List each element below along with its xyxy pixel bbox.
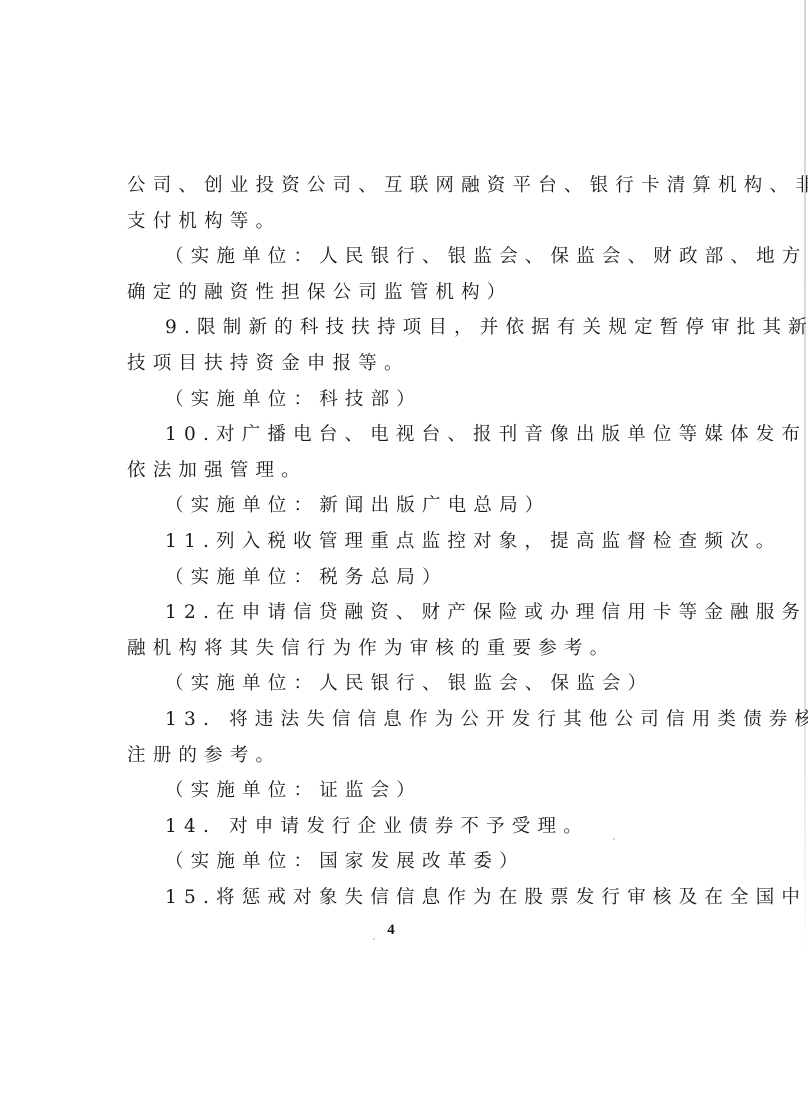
text-line: 技项目扶持资金申报等。 [127,346,647,382]
implementing-unit-line: （实施单位：国家发展改革委） [127,844,647,880]
item-13: 13. 将违法失信信息作为公开发行其他公司信用类债券核准或 [127,702,647,738]
text-line: 依法加强管理。 [127,453,647,489]
item-12: 12.在申请信贷融资、财产保险或办理信用卡等金融服务时，金 [127,595,647,631]
implementing-unit-line: （实施单位：新闻出版广电总局） [127,488,647,524]
page-number: 4 [384,922,398,939]
implementing-unit-line: （实施单位：税务总局） [127,560,647,596]
item-14: 14. 对申请发行企业债券不予受理。 [127,809,647,845]
implementing-unit-line: （实施单位：证监会） [127,773,647,809]
scan-speck [613,838,615,840]
text-line: 支付机构等。 [127,204,647,240]
text-line: 公司、创业投资公司、互联网融资平台、银行卡清算机构、非银行 [127,168,647,204]
item-15: 15.将惩戒对象失信信息作为在股票发行审核及在全国中小企 [127,880,647,916]
scan-page-edge [804,0,806,960]
text-line: 确定的融资性担保公司监管机构） [127,275,647,311]
item-10: 10.对广播电台、电视台、报刊音像出版单位等媒体发布其广告 [127,417,647,453]
item-11: 11.列入税收管理重点监控对象，提高监督检查频次。 [127,524,647,560]
document-body: 公司、创业投资公司、互联网融资平台、银行卡清算机构、非银行 支付机构等。 （实施… [127,168,647,915]
text-line: 注册的参考。 [127,738,647,774]
implementing-unit-line: （实施单位：科技部） [127,382,647,418]
scan-speck [373,938,375,940]
item-9: 9.限制新的科技扶持项目，并依据有关规定暂停审批其新的科 [127,310,647,346]
implementing-unit-line: （实施单位：人民银行、银监会、保监会） [127,666,647,702]
implementing-unit-line: （实施单位：人民银行、银监会、保监会、财政部、地方政府 [127,239,647,275]
text-line: 融机构将其失信行为作为审核的重要参考。 [127,631,647,667]
